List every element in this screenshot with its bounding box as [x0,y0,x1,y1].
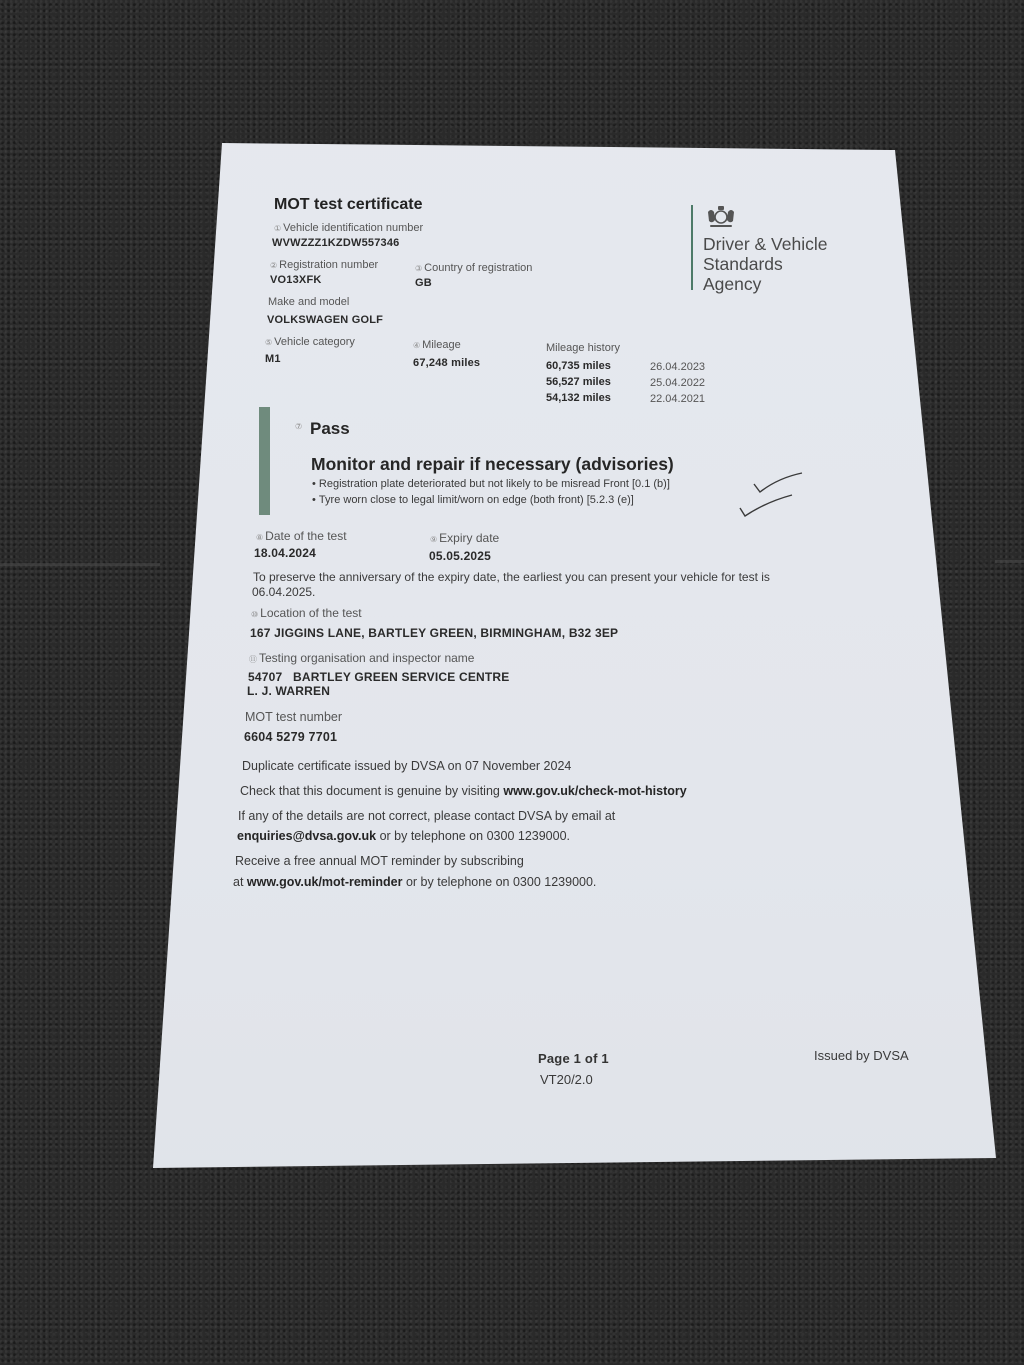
reminder-note: Receive a free annual MOT reminder by su… [235,854,524,868]
agency-name: Driver & Vehicle Standards Agency [703,234,828,294]
test-number-value: 6604 5279 7701 [244,730,337,744]
check-mot-history-link[interactable]: www.gov.uk/check-mot-history [503,784,686,798]
mileage-history-miles: 54,132 miles [546,392,611,404]
expiry-date-value: 05.05.2025 [429,549,491,563]
result-field-number: ⑦ [295,422,302,431]
expiry-date-label: ⑨Expiry date [430,531,499,545]
mot-reminder-link[interactable]: www.gov.uk/mot-reminder [247,875,403,889]
result-status: Pass [310,419,350,439]
test-date-label: ⑧Date of the test [256,529,347,543]
agency-accent-bar [691,205,693,290]
test-number-label: MOT test number [245,710,342,724]
vin-value: WVWZZZ1KZDW557346 [272,237,399,249]
country-label: ③Country of registration [415,262,532,274]
make-model-value: VOLKSWAGEN GOLF [267,314,383,326]
form-code: VT20/2.0 [540,1072,593,1087]
contact-details: enquiries@dvsa.gov.uk or by telephone on… [237,829,570,843]
duplicate-note: Duplicate certificate issued by DVSA on … [242,759,571,773]
advisories-title: Monitor and repair if necessary (advisor… [311,454,674,475]
mileage-value: 67,248 miles [413,357,480,369]
vehicle-category-value: M1 [265,353,281,365]
mileage-history-date: 26.04.2023 [650,361,705,373]
check-genuine-note: Check that this document is genuine by v… [240,784,687,798]
handwritten-tick-icon [738,492,794,518]
page-indicator: Page 1 of 1 [538,1051,609,1066]
contact-note: If any of the details are not correct, p… [238,809,615,823]
mileage-history-miles: 56,527 miles [546,376,611,388]
registration-label: ②Registration number [270,259,378,271]
organisation-label: ⑪Testing organisation and inspector name [249,651,474,665]
mot-certificate: MOT test certificate ①Vehicle identifica… [0,0,1024,1365]
certificate-title: MOT test certificate [274,196,422,214]
enquiries-email-link[interactable]: enquiries@dvsa.gov.uk [237,829,376,843]
location-label: ⑩167 JIGGINS LANE, BARTLEY GREEN, BIRMIN… [251,606,362,620]
advisory-item: • Registration plate deteriorated but no… [312,478,670,490]
earliest-test-date: 06.04.2025. [252,585,315,599]
mileage-history-date: 25.04.2022 [650,377,705,389]
organisation-value: 54707 BARTLEY GREEN SERVICE CENTRE [248,670,510,684]
mileage-label: ④Mileage [413,339,461,351]
location-value: 167 JIGGINS LANE, BARTLEY GREEN, BIRMING… [250,626,618,640]
reminder-details: at www.gov.uk/mot-reminder or by telepho… [233,875,596,889]
registration-value: VO13XFK [270,274,322,286]
royal-crest-icon [704,204,738,230]
advisory-item: • Tyre worn close to legal limit/worn on… [312,494,634,506]
country-value: GB [415,277,432,289]
mileage-history-miles: 60,735 miles [546,360,611,372]
vin-label: ①Vehicle identification number [274,222,423,234]
issued-by: Issued by DVSA [814,1048,909,1063]
test-date-value: 18.04.2024 [254,546,316,560]
mileage-history-date: 22.04.2021 [650,393,705,405]
pass-status-bar [259,407,270,515]
vehicle-category-label: ⑤Vehicle category [265,336,355,348]
preserve-anniversary-note: To preserve the anniversary of the expir… [253,570,770,584]
mileage-history-label: Mileage history [546,342,620,354]
make-model-label: Make and model [268,296,349,308]
inspector-name: L. J. WARREN [247,684,330,698]
